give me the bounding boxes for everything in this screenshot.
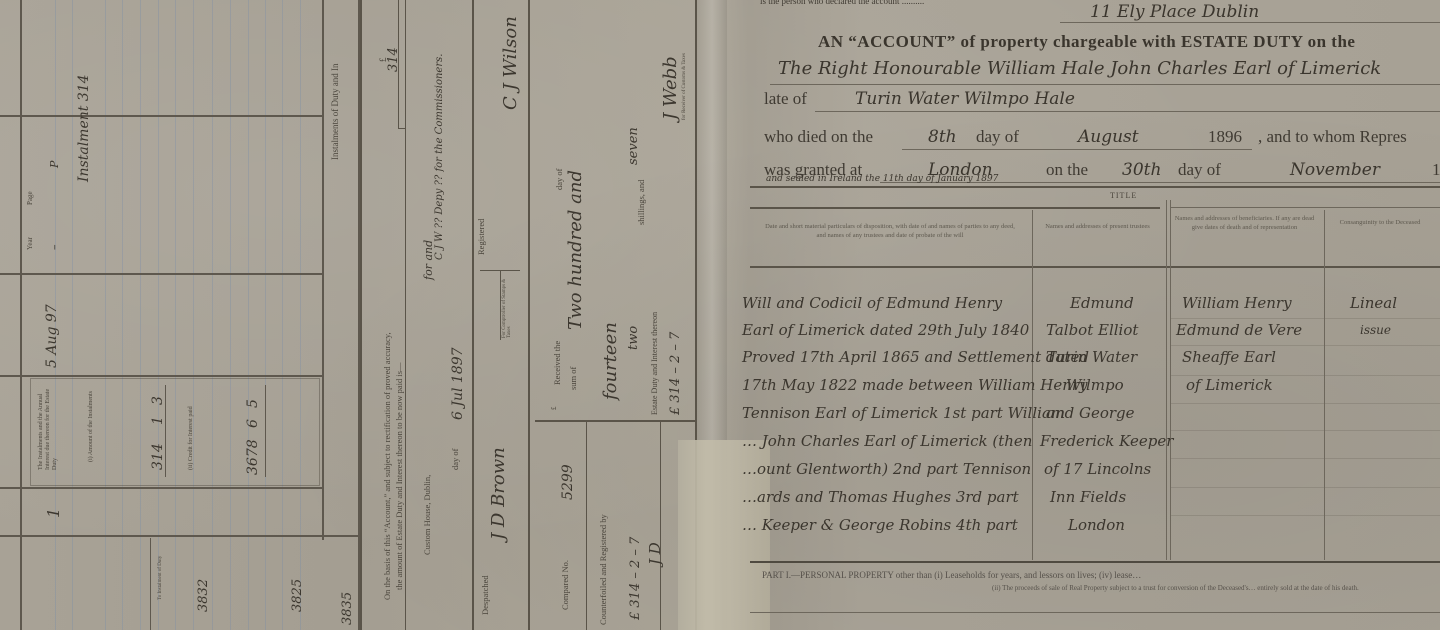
commissioners-signature: C J W ?? Depy ?? for the Commissioners. (434, 54, 445, 260)
summary-amount-pounds: 3678 (245, 439, 261, 475)
sum-words: Two hundred and (565, 170, 586, 330)
day-of-label: day of (976, 127, 1019, 147)
on-the-label: on the (1046, 160, 1088, 180)
col-header-beneficiaries: Names and addresses of beneficiaries. If… (1172, 214, 1317, 232)
granted-day: 30th (1122, 160, 1161, 180)
trustee-line: Edmund (1070, 290, 1134, 316)
title-line: 17th May 1822 made between William Henry (742, 372, 1088, 398)
trustee-line: of 17 Lincolns (1044, 456, 1151, 482)
form-heading: AN “ACCOUNT” of property chargeable with… (818, 32, 1355, 52)
shillings-word: two (626, 326, 641, 350)
despatched-label: Despatched (480, 575, 490, 615)
sum-label: sum of (568, 367, 578, 390)
died-day: 8th (928, 127, 957, 147)
summary-amount-pence: 3 (150, 396, 166, 405)
granted-trailing: 1 (1432, 160, 1440, 180)
day-label: day of (554, 169, 564, 190)
bottom-value: 3835 (340, 592, 355, 625)
granted-month: November (1290, 160, 1380, 180)
day-of-label: day of (1178, 160, 1221, 180)
ledger-summary-box (30, 378, 320, 486)
died-month: August (1078, 127, 1139, 147)
title-line: Proved 17th April 1865 and Settlement da… (742, 344, 1089, 370)
part-subnote: (ii) The proceeds of sale of Real Proper… (992, 584, 1359, 592)
estate-line: Estate Duty and Interest thereon (650, 312, 659, 415)
title-line: … Keeper & George Robins 4th part (742, 512, 1018, 538)
shillings-label: shillings, and (636, 180, 646, 225)
currency-mark: £ (550, 407, 558, 411)
counterfoil-signature: J D (646, 542, 664, 565)
bottom-label: To Instalment of Duty (158, 556, 163, 600)
declarant-label: is the person who declared the account .… (760, 0, 924, 6)
despatched-signature: J D Brown (488, 447, 509, 540)
receipt-sig-note: for Receiver of Customs & Taxes (682, 53, 687, 120)
declarant-address: 11 Ely Place Dublin (1090, 2, 1259, 22)
ledger-row-value: 1 (44, 508, 63, 518)
for-comptroller: For Comptroller of Stamps & Taxes (502, 278, 512, 338)
trustee-line: and George (1046, 400, 1135, 426)
assessment-date: 6 Jul 1897 (450, 347, 466, 420)
title-line: Will and Codicil of Edmund Henry (742, 290, 1002, 316)
deceased-name: The Right Honourable William Hale John C… (778, 58, 1381, 79)
granted-note: and sealed in Ireland the 11th day of Ja… (766, 174, 998, 184)
summary-amount-pounds: 314 (150, 443, 166, 470)
ledger-row-value: Instalment 314 (76, 74, 92, 182)
late-of-label: late of (764, 89, 807, 109)
trustee-line: Inn Fields (1050, 484, 1126, 510)
bottom-value: 3825 (290, 579, 305, 612)
registered-signature: C J Wilson (500, 16, 521, 110)
estate-duty-form: is the person who declared the account .… (730, 0, 1440, 630)
beneficiary-line: Sheaffe Earl (1182, 344, 1276, 370)
ledger-side-heading: Instalments of Duty and In (330, 64, 340, 160)
sum-words-2: fourteen (600, 322, 621, 400)
to-whom-label: , and to whom Repres (1258, 127, 1407, 147)
ledger-row-label: Page (26, 191, 34, 205)
trustee-line: Talbot Elliot (1046, 317, 1138, 343)
trustee-line: Frederick Keeper (1040, 428, 1173, 454)
pence-word: seven (626, 127, 641, 165)
consanguinity-line: issue (1360, 317, 1391, 343)
receipt-amount: £ 314 – 2 – 7 (668, 332, 683, 415)
title-line: … John Charles Earl of Limerick (then (742, 428, 1032, 454)
commissioners-coupon: On the basis of this “Account,” and subj… (360, 0, 530, 630)
summary-header: (i) Amount of the Instalments (88, 391, 94, 462)
col-header-trustees: Names and addresses of present trustees (1035, 222, 1160, 231)
beneficiary-line: William Henry (1182, 290, 1292, 316)
summary-amount-shillings: 1 (150, 416, 166, 425)
summary-header: The Instalments and the Annual Interest … (38, 380, 59, 470)
received-label: Received the (552, 341, 562, 385)
title-line: …ards and Thomas Hughes 3rd part (742, 484, 1019, 510)
part-heading: PART I.—PERSONAL PROPERTY other than (i)… (762, 570, 1141, 580)
col-header-consanguinity: Consanguinity to the Deceased (1330, 218, 1430, 227)
died-label: who died on the (764, 127, 873, 147)
died-year: 1896 (1208, 127, 1242, 147)
trustee-line: London (1068, 512, 1125, 538)
title-line: Tennison Earl of Limerick 1st part Willi… (742, 400, 1065, 426)
ledger-row-label: Year (26, 237, 34, 250)
title-line: …ount Glentworth) 2nd part Tennison (742, 456, 1031, 482)
amount-due: 314 (386, 47, 401, 72)
ledger-row-sub: P (48, 161, 61, 168)
summary-amount-pence: 5 (245, 399, 261, 408)
summary-amount-shillings: 6 (245, 419, 261, 428)
commissioners-para2: the amount of Estate Duty and Interest t… (394, 362, 404, 590)
title-label: TITLE (1110, 191, 1137, 200)
counterfoil-amount: £ 314 – 2 – 7 (628, 537, 643, 620)
beneficiary-line: of Limerick (1186, 372, 1273, 398)
receipt-signature: J Webb (660, 56, 681, 120)
consanguinity-line: Lineal (1350, 290, 1397, 316)
beneficiary-line: Edmund de Vere (1176, 317, 1302, 343)
trustee-line: Turin Water (1046, 344, 1137, 370)
ledger-row-value: 5 Aug 97 (44, 304, 60, 368)
counterfoil-label: Counterfoiled and Registered by (598, 514, 608, 625)
title-line: Earl of Limerick dated 29th July 1840 (742, 317, 1029, 343)
summary-header: (ii) Credit for Interest paid (188, 406, 194, 470)
late-of-value: Turin Water Wilmpo Hale (855, 89, 1075, 109)
ledger-row-sub: – (48, 245, 61, 251)
office-address: Custom House, Dublin, (422, 475, 432, 555)
trustee-line: Wilmpo (1066, 372, 1124, 398)
col-header-title: Date and short material particulars of d… (760, 222, 1020, 240)
receipt-coupon: £ Received the sum of Two hundred and da… (530, 0, 700, 630)
day-label: day of (450, 449, 460, 470)
bottom-value: 3832 (196, 579, 211, 612)
commissioners-para: On the basis of this “Account,” and subj… (382, 332, 392, 600)
ledger-panel: Instalments of Duty and In Page P Instal… (0, 0, 360, 630)
compared-label: Compared No. (560, 560, 570, 610)
compared-number: 5299 (560, 464, 576, 500)
registered-label: Registered (476, 219, 486, 255)
